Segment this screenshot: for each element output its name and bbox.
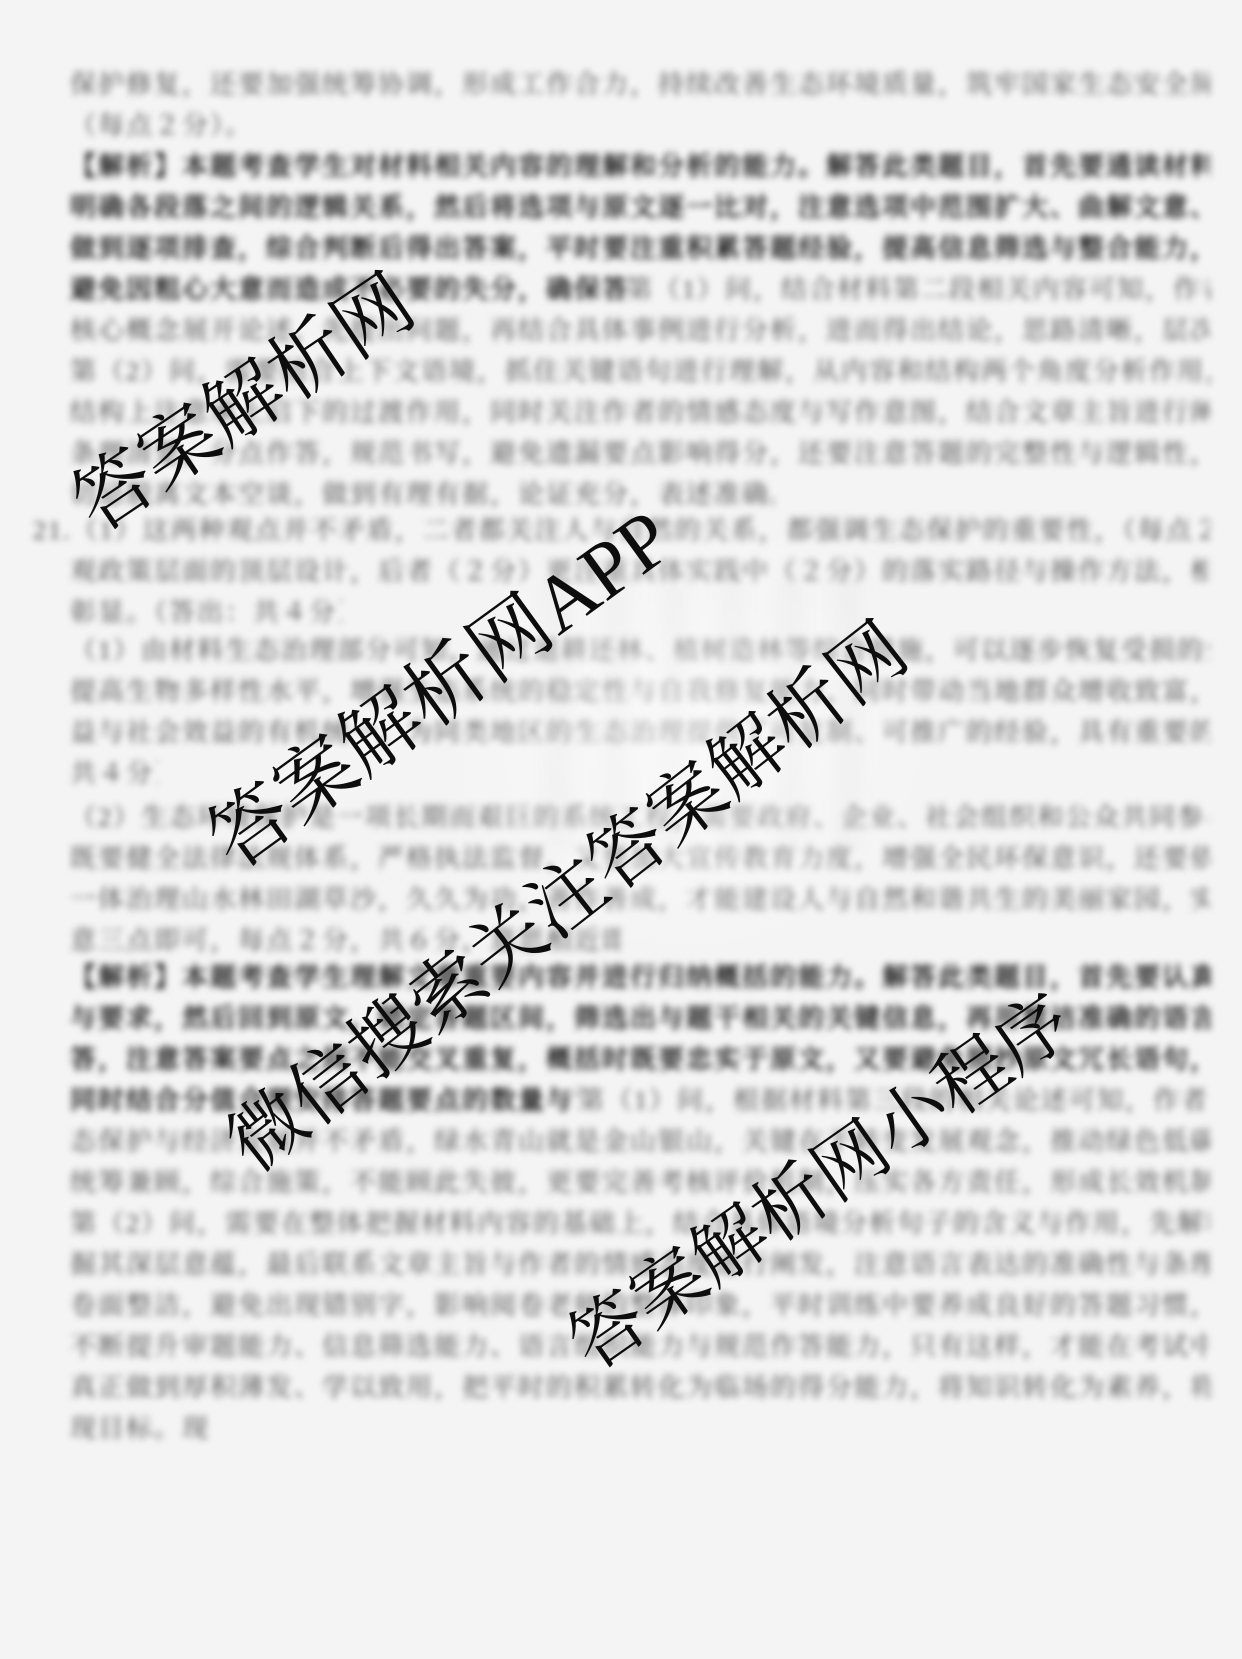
text-segment: 真正做到厚积薄发、学以致用，把平时的积累转化为临场的得分能力，将知识转化为素养，… <box>70 1367 1210 1408</box>
text-segment: 现目标。现目标。 <box>70 1408 212 1449</box>
blurred-text-line: 真正做到厚积薄发、学以致用，把平时的积累转化为临场的得分能力，将知识转化为素养，… <box>70 1367 1210 1408</box>
text-segment: 核心概念展开论述，先提出问题，再结合具体事例进行分析，进而得出结论，思路清晰，层… <box>70 310 1210 351</box>
text-segment: 共４分）共４分） <box>70 753 158 794</box>
blurred-text-line: 【解析】本题考查学生对材料相关内容的理解和分析的能力。解答此类题目，首先要通读材… <box>70 146 1210 187</box>
blurred-text-line: 共４分）共４分） <box>70 753 158 794</box>
text-segment: 保护修复，还要加强统筹协调，形成工作合力，持续改善生态环境质量，筑牢国家生态安全… <box>70 64 1210 105</box>
bold-text-segment: 明确各段落之间的逻辑关系，然后将选项与原文逐一比对，注意选项中范围扩大、曲解文意… <box>70 187 1210 228</box>
blurred-text-line: 现目标。现目标。 <box>70 1408 212 1449</box>
paragraph-block-b: 【解析】本题考查学生对材料相关内容的理解和分析的能力。解答此类题目，首先要通读材… <box>70 146 1210 515</box>
blurred-text-line: 避免因粗心大意而造成不必要的失分，确保答题的准确性。避免因粗心大意而造成不必要的… <box>70 269 1210 310</box>
blurred-text-line: 第（2）问，需要在整体把握材料内容的基础上，结合具体语境分析句子的含义与作用，先… <box>70 1203 1210 1244</box>
blurred-text-line: 彰显。（答出：共４分）彰显。（答出：共４分） <box>70 592 342 633</box>
blurred-text-line: （每点２分）。（每点２分）。 <box>70 105 248 146</box>
text-segment: 第（2）问，需要在整体把握材料内容的基础上，结合具体语境分析句子的含义与作用，先… <box>70 1203 1210 1244</box>
blurred-text-line: 做到逐项排查，综合判断后得出答案，平时要注重积累答题经验，提高信息筛选与整合能力… <box>70 228 1210 269</box>
text-segment: 统筹兼顾，综合施策，不能顾此失彼，更要完善考核评价机制，压实各方责任，形成长效机… <box>70 1162 1210 1203</box>
blurred-text-line: 核心概念展开论述，先提出问题，再结合具体事例进行分析，进而得出结论，思路清晰，层… <box>70 310 1210 351</box>
text-segment: （每点２分）。（每点２分）。 <box>70 105 248 146</box>
blurred-text-line: 保护修复，还要加强统筹协调，形成工作合力，持续改善生态环境质量，筑牢国家生态安全… <box>70 64 1210 105</box>
paragraph-block-a: 保护修复，还要加强统筹协调，形成工作合力，持续改善生态环境质量，筑牢国家生态安全… <box>70 64 1210 146</box>
blurred-text-line: 统筹兼顾，综合施策，不能顾此失彼，更要完善考核评价机制，压实各方责任，形成长效机… <box>70 1162 1210 1203</box>
bold-text-segment: 【解析】本题考查学生对材料相关内容的理解和分析的能力。解答此类题目，首先要通读材… <box>70 146 1210 187</box>
text-segment: 彰显。（答出：共４分）彰显。（答出：共４分） <box>70 592 342 633</box>
blurred-text-line: 明确各段落之间的逻辑关系，然后将选项与原文逐一比对，注意选项中范围扩大、曲解文意… <box>70 187 1210 228</box>
document-page: 保护修复，还要加强统筹协调，形成工作合力，持续改善生态环境质量，筑牢国家生态安全… <box>0 0 1242 1659</box>
text-segment: 第（1）问，结合材料第二段相关内容可知，作者围绕第（1）问，结合材料第二段相关内… <box>626 269 1210 310</box>
bold-text-segment: 做到逐项排查，综合判断后得出答案，平时要注重积累答题经验，提高信息筛选与整合能力… <box>70 228 1210 269</box>
